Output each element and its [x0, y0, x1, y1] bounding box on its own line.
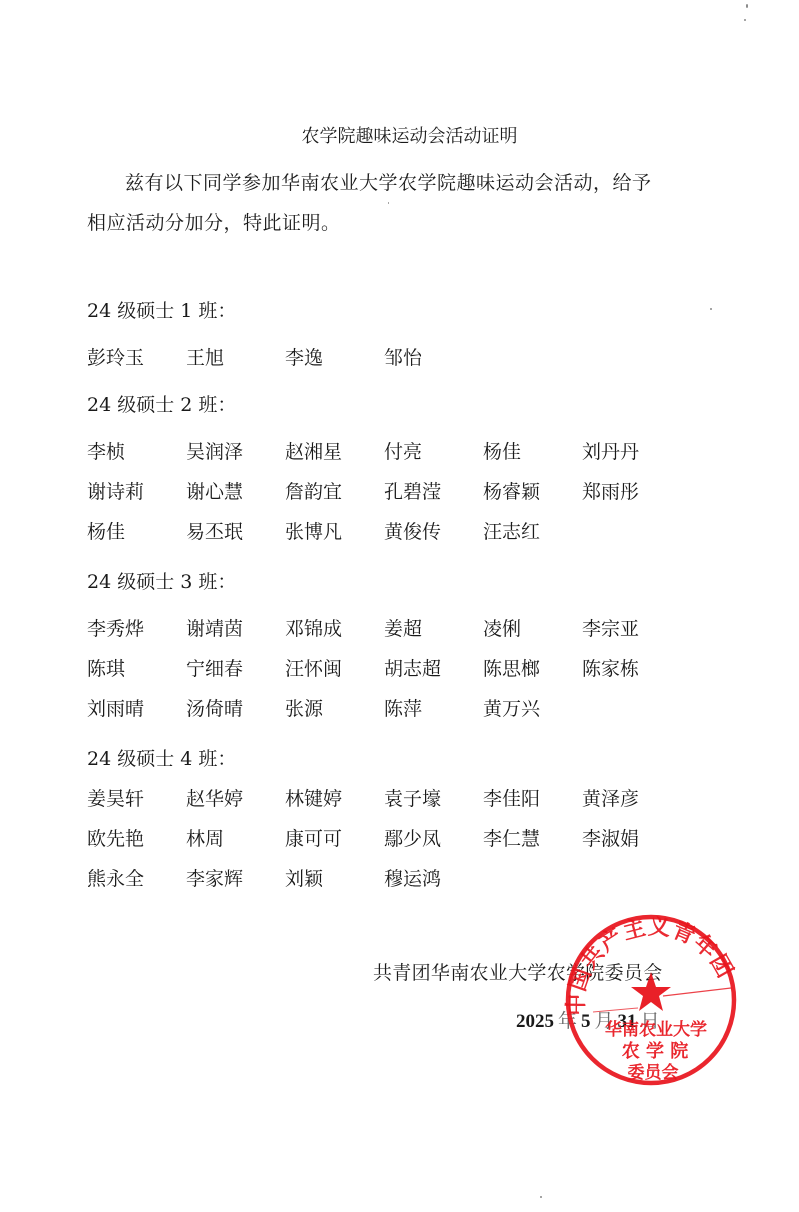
seal-inner-line-1: 华南农业大学 [605, 1019, 707, 1040]
scan-speck [540, 1196, 542, 1198]
class-4-row-3: 熊永全 李家辉 刘颖 穆运鸿 [87, 864, 737, 888]
class-4-row-1: 姜昊轩 赵华婷 林键婷 袁子壕 李佳阳 黄泽彦 [87, 784, 737, 808]
class-3-heading: 24 级硕士 3 班： [87, 567, 236, 594]
student-name: 黄俊传 [384, 517, 441, 544]
student-name: 张博凡 [285, 517, 342, 544]
student-name: 李逸 [285, 343, 323, 370]
student-name: 谢心慧 [186, 477, 243, 504]
class-2-heading: 24 级硕士 2 班： [87, 390, 236, 417]
student-name: 吴润泽 [186, 437, 243, 464]
student-name: 黄万兴 [483, 694, 540, 721]
student-name: 陈萍 [384, 694, 422, 721]
student-name: 付亮 [384, 437, 422, 464]
student-name: 汪志红 [483, 517, 540, 544]
student-name: 汤倚晴 [186, 694, 243, 721]
class-3-row-2: 陈琪 宁细春 汪怀闽 胡志超 陈思榔 陈家栋 [87, 654, 737, 678]
scan-speck [744, 19, 746, 21]
student-name: 刘雨晴 [87, 694, 144, 721]
student-name: 王旭 [186, 343, 224, 370]
scan-speck [388, 202, 389, 204]
seal-inner-line-2: 农 学 院 [622, 1040, 689, 1062]
student-name: 邓锦成 [285, 614, 342, 641]
student-name: 孔碧滢 [384, 477, 441, 504]
student-name: 陈家栋 [582, 654, 639, 681]
student-name: 康可可 [285, 824, 342, 851]
intro-line-2: 相应活动分加分，特此证明。 [87, 203, 687, 243]
document-title: 农学院趣味运动会活动证明 [0, 122, 799, 148]
student-name: 鄢少凤 [384, 824, 441, 851]
student-name: 赵华婷 [186, 784, 243, 811]
student-name: 李宗亚 [582, 614, 639, 641]
student-name: 刘颖 [285, 864, 323, 891]
class-4-heading: 24 级硕士 4 班： [87, 744, 236, 771]
class-2-row-3: 杨佳 易丕珉 张博凡 黄俊传 汪志红 [87, 517, 737, 541]
student-name: 姜昊轩 [87, 784, 144, 811]
student-name: 刘丹丹 [582, 437, 639, 464]
student-name: 李桢 [87, 437, 125, 464]
student-name: 郑雨彤 [582, 477, 639, 504]
student-name: 欧先艳 [87, 824, 144, 851]
student-name: 林周 [186, 824, 224, 851]
student-name: 杨睿颖 [483, 477, 540, 504]
student-name: 宁细春 [186, 654, 243, 681]
student-name: 姜超 [384, 614, 422, 641]
class-3-row-3: 刘雨晴 汤倚晴 张源 陈萍 黄万兴 [87, 694, 737, 718]
student-name: 谢诗莉 [87, 477, 144, 504]
certificate-page: 农学院趣味运动会活动证明 兹有以下同学参加华南农业大学农学院趣味运动会活动，给予… [0, 0, 799, 1212]
class-3-row-1: 李秀烨 谢靖茵 邓锦成 姜超 凌俐 李宗亚 [87, 614, 737, 638]
student-name: 张源 [285, 694, 323, 721]
class-4-row-2: 欧先艳 林周 康可可 鄢少凤 李仁慧 李淑娟 [87, 824, 737, 848]
date-year: 2025 [516, 1011, 554, 1032]
class-2-row-1: 李桢 吴润泽 赵湘星 付亮 杨佳 刘丹丹 [87, 437, 737, 461]
intro-line-1: 兹有以下同学参加华南农业大学农学院趣味运动会活动，给予 [87, 163, 687, 203]
student-name: 邹怡 [384, 343, 422, 370]
star-icon [631, 972, 671, 1011]
class-2-row-2: 谢诗莉 谢心慧 詹韵宜 孔碧滢 杨睿颖 郑雨彤 [87, 477, 737, 501]
intro-paragraph: 兹有以下同学参加华南农业大学农学院趣味运动会活动，给予 相应活动分加分，特此证明… [87, 163, 687, 243]
student-name: 陈琪 [87, 654, 125, 681]
seal-inner-line-3: 委员会 [628, 1062, 679, 1083]
class-1-row-1: 彭玲玉 王旭 李逸 邹怡 [87, 343, 737, 367]
student-name: 李家辉 [186, 864, 243, 891]
student-name: 熊永全 [87, 864, 144, 891]
student-name: 凌俐 [483, 614, 521, 641]
student-name: 赵湘星 [285, 437, 342, 464]
student-name: 易丕珉 [186, 517, 243, 544]
student-name: 李仁慧 [483, 824, 540, 851]
official-seal-icon: 中国共产主义青年团 华南农业大学 农 学 院 委员会 [563, 912, 738, 1087]
student-name: 李佳阳 [483, 784, 540, 811]
class-1-heading: 24 级硕士 1 班： [87, 296, 236, 323]
student-name: 袁子壕 [384, 784, 441, 811]
scan-speck [710, 308, 712, 310]
student-name: 李秀烨 [87, 614, 144, 641]
student-name: 彭玲玉 [87, 343, 144, 370]
student-name: 胡志超 [384, 654, 441, 681]
student-name: 李淑娟 [582, 824, 639, 851]
student-name: 杨佳 [483, 437, 521, 464]
student-name: 陈思榔 [483, 654, 540, 681]
student-name: 黄泽彦 [582, 784, 639, 811]
student-name: 穆运鸿 [384, 864, 441, 891]
student-name: 谢靖茵 [186, 614, 243, 641]
student-name: 詹韵宜 [285, 477, 342, 504]
scan-speck [746, 4, 748, 8]
student-name: 林键婷 [285, 784, 342, 811]
student-name: 汪怀闽 [285, 654, 342, 681]
student-name: 杨佳 [87, 517, 125, 544]
